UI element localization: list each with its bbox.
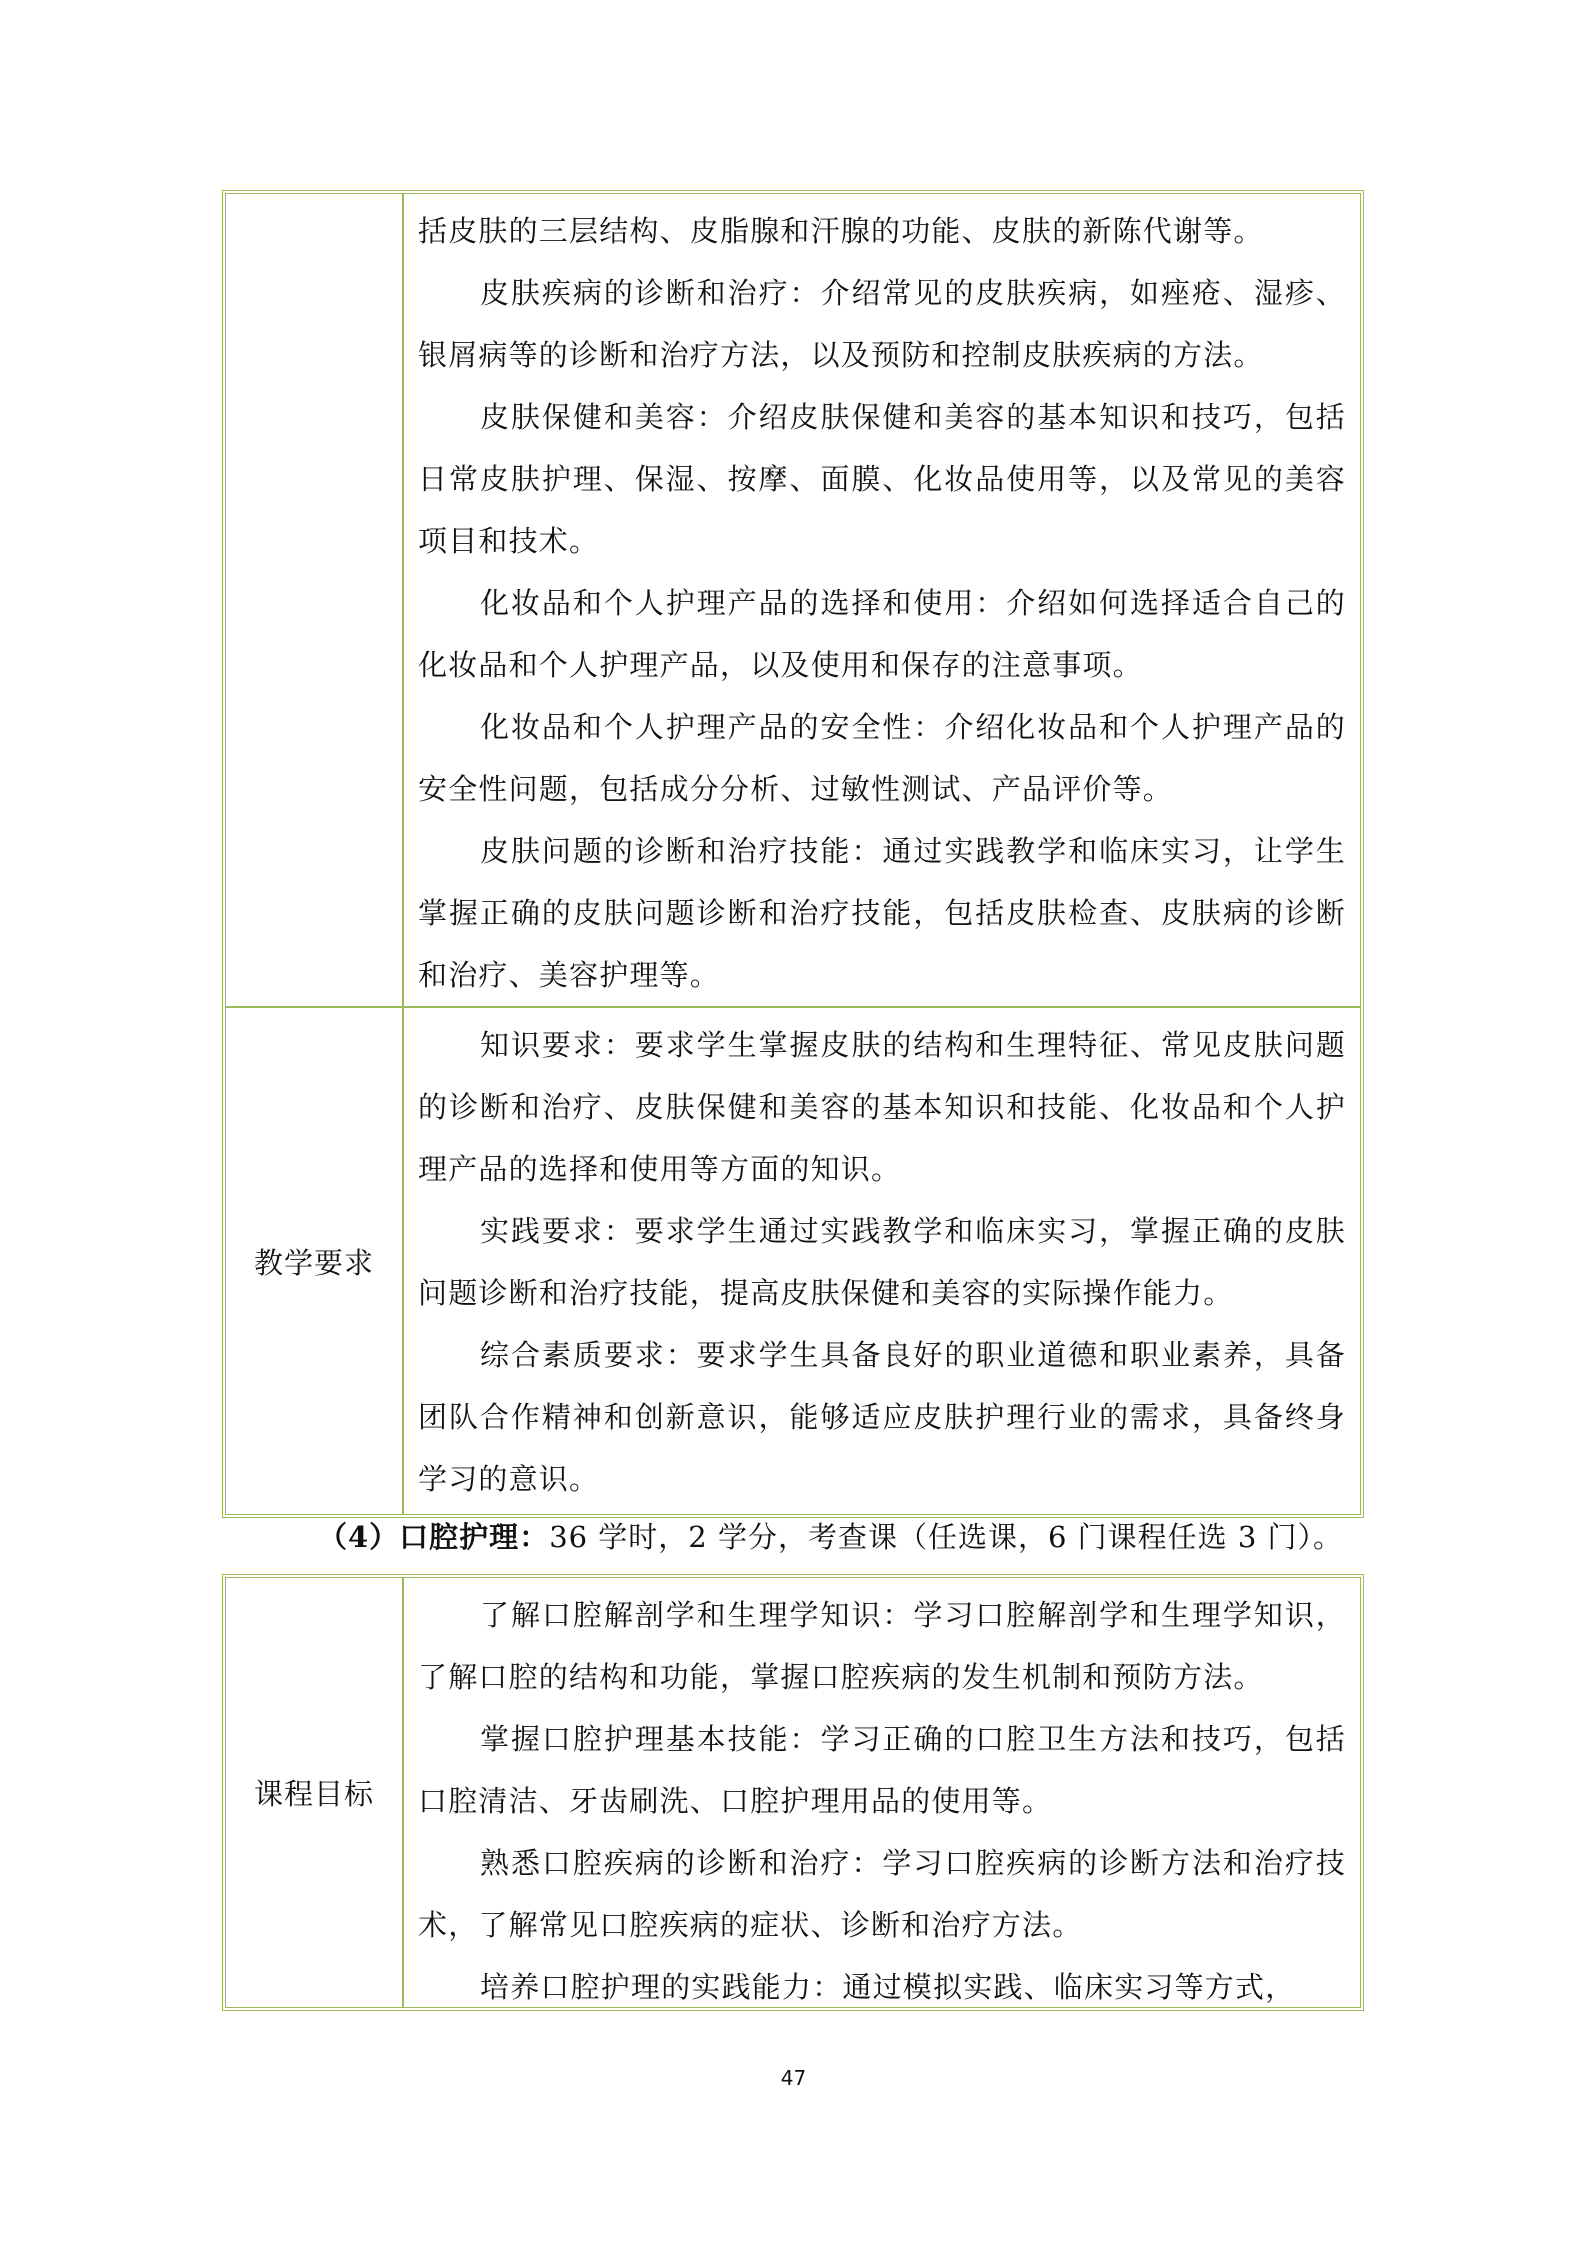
skin-care-course-table: 括皮肤的三层结构、皮脂腺和汗腺的功能、皮肤的新陈代谢等。 皮肤疾病的诊断和治疗：… (222, 190, 1364, 1518)
table-row-course-objectives: 课程目标 了解口腔解剖学和生理学知识：学习口腔解剖学和生理学知识，了解口腔的结构… (226, 1578, 1360, 2007)
section-heading: （4）口腔护理：36 学时，2 学分，考查课（任选课，6 门课程任选 3 门）。 (318, 1512, 1343, 1562)
row-content: 了解口腔解剖学和生理学知识：学习口腔解剖学和生理学知识，了解口腔的结构和功能，掌… (404, 1578, 1360, 2007)
row-content: 知识要求：要求学生掌握皮肤的结构和生理特征、常见皮肤问题的诊断和治疗、皮肤保健和… (404, 1008, 1360, 1514)
oral-care-course-table: 课程目标 了解口腔解剖学和生理学知识：学习口腔解剖学和生理学知识，了解口腔的结构… (222, 1574, 1364, 2011)
paragraph: 皮肤问题的诊断和治疗技能：通过实践教学和临床实习，让学生掌握正确的皮肤问题诊断和… (418, 820, 1346, 1006)
section-heading-title: （4）口腔护理： (318, 1520, 549, 1554)
paragraph: 皮肤疾病的诊断和治疗：介绍常见的皮肤疾病，如痤疮、湿疹、银屑病等的诊断和治疗方法… (418, 262, 1346, 386)
table-row-content-continued: 括皮肤的三层结构、皮脂腺和汗腺的功能、皮肤的新陈代谢等。 皮肤疾病的诊断和治疗：… (226, 194, 1360, 1006)
paragraph: 化妆品和个人护理产品的安全性：介绍化妆品和个人护理产品的安全性问题，包括成分分析… (418, 696, 1346, 820)
row-label: 课程目标 (226, 1578, 404, 2007)
row-label (226, 194, 404, 1006)
paragraph: 综合素质要求：要求学生具备良好的职业道德和职业素养，具备团队合作精神和创新意识，… (418, 1324, 1346, 1510)
row-label: 教学要求 (226, 1008, 404, 1514)
paragraph: 实践要求：要求学生通过实践教学和临床实习，掌握正确的皮肤问题诊断和治疗技能，提高… (418, 1200, 1346, 1324)
paragraph: 熟悉口腔疾病的诊断和治疗：学习口腔疾病的诊断方法和治疗技术，了解常见口腔疾病的症… (418, 1832, 1346, 1956)
paragraph: 化妆品和个人护理产品的选择和使用：介绍如何选择适合自己的化妆品和个人护理产品，以… (418, 572, 1346, 696)
paragraph: 知识要求：要求学生掌握皮肤的结构和生理特征、常见皮肤问题的诊断和治疗、皮肤保健和… (418, 1014, 1346, 1200)
paragraph: 了解口腔解剖学和生理学知识：学习口腔解剖学和生理学知识，了解口腔的结构和功能，掌… (418, 1584, 1346, 1708)
paragraph: 括皮肤的三层结构、皮脂腺和汗腺的功能、皮肤的新陈代谢等。 (418, 200, 1346, 262)
section-heading-details: 36 学时，2 学分，考查课（任选课，6 门课程任选 3 门）。 (549, 1520, 1343, 1554)
paragraph: 培养口腔护理的实践能力：通过模拟实践、临床实习等方式， (418, 1956, 1346, 2018)
paragraph: 掌握口腔护理基本技能：学习正确的口腔卫生方法和技巧，包括口腔清洁、牙齿刷洗、口腔… (418, 1708, 1346, 1832)
table-row-teaching-requirements: 教学要求 知识要求：要求学生掌握皮肤的结构和生理特征、常见皮肤问题的诊断和治疗、… (226, 1006, 1360, 1514)
row-content: 括皮肤的三层结构、皮脂腺和汗腺的功能、皮肤的新陈代谢等。 皮肤疾病的诊断和治疗：… (404, 194, 1360, 1006)
page-number: 47 (0, 2066, 1587, 2090)
paragraph: 皮肤保健和美容：介绍皮肤保健和美容的基本知识和技巧，包括日常皮肤护理、保湿、按摩… (418, 386, 1346, 572)
